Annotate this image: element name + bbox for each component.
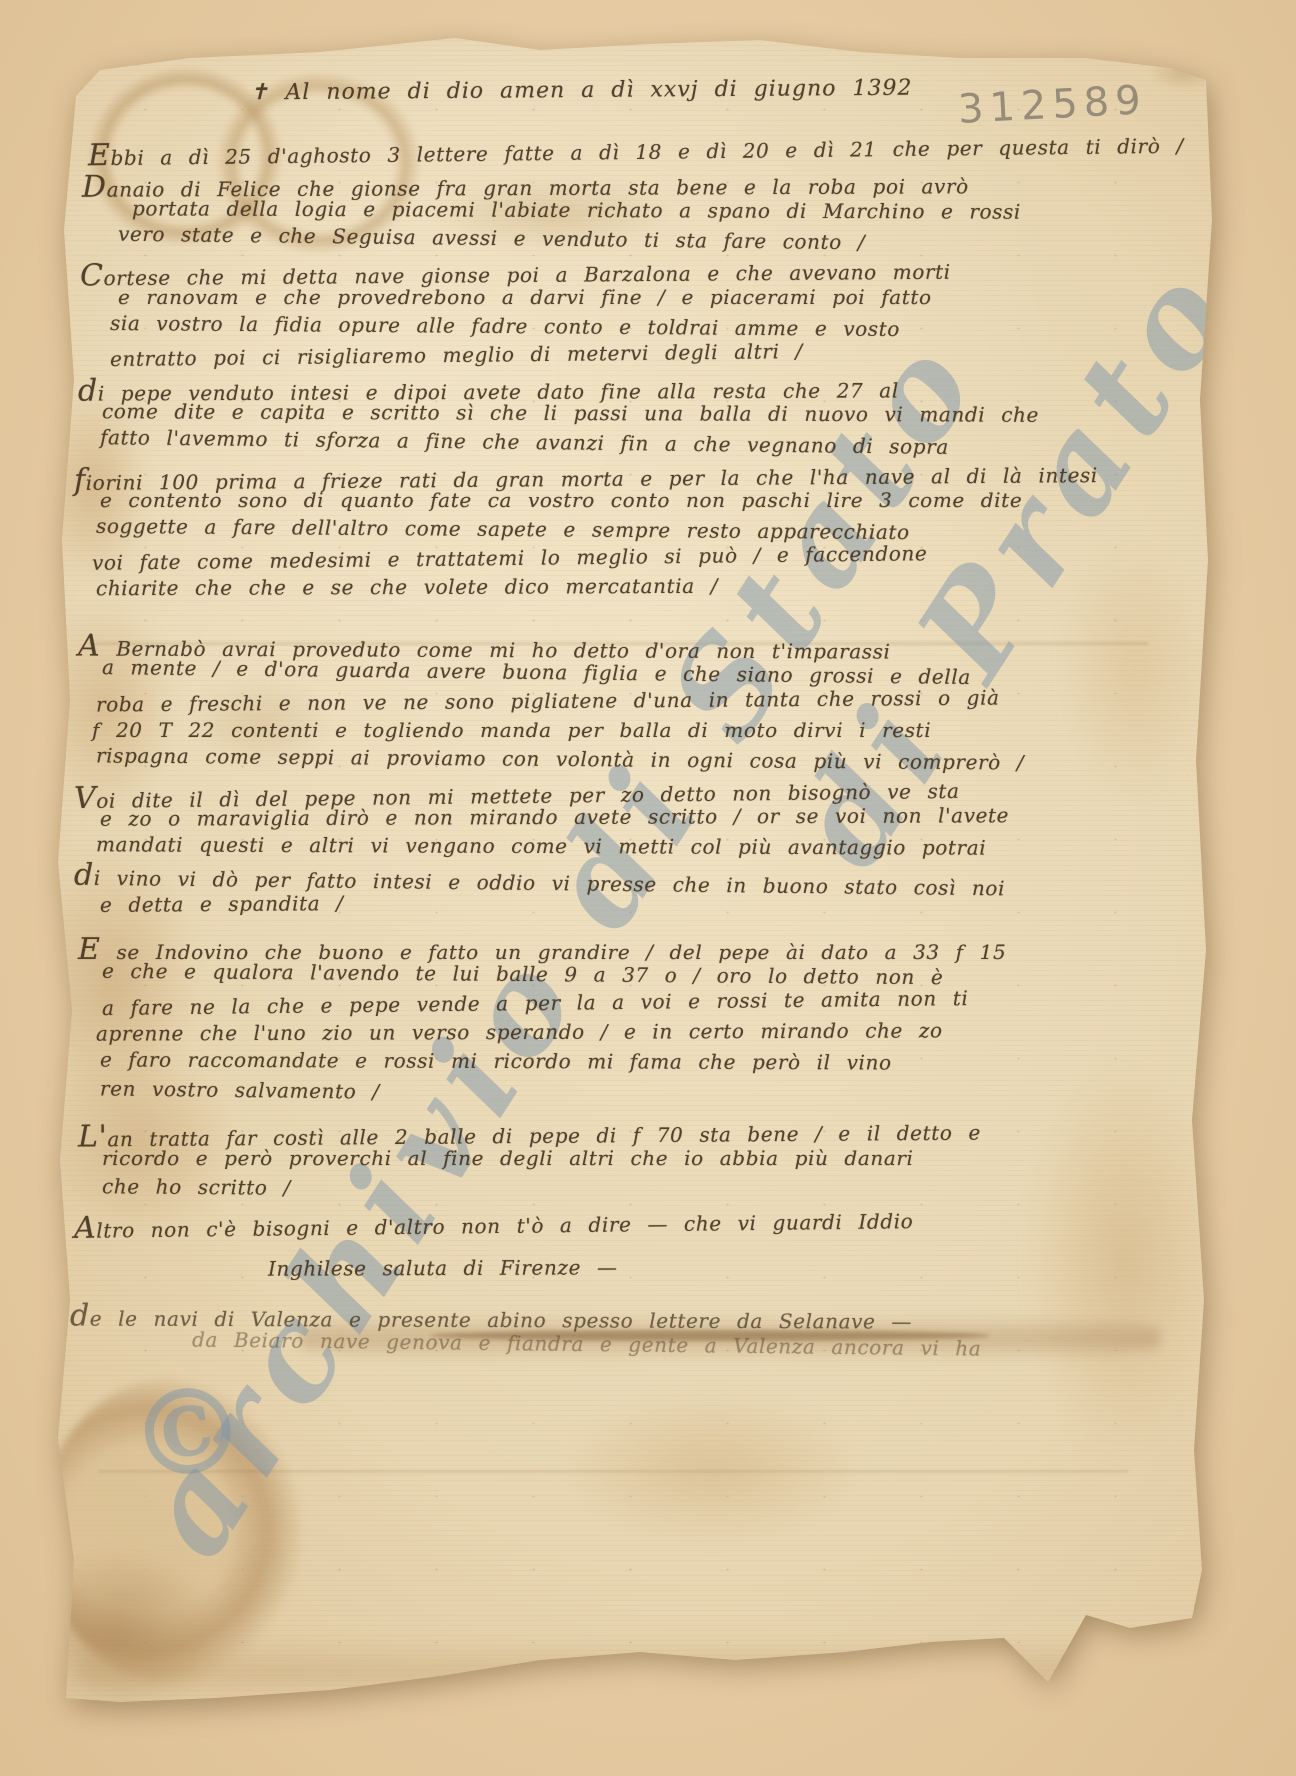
manuscript-line: entratto poi ci risigliaremo meglio di m… bbox=[110, 339, 803, 371]
manuscript-line: voi fate come medesimi e trattatemi lo m… bbox=[92, 541, 928, 575]
invocation-date-header: ✝ Al nome di dio amen a dì xxvj di giugn… bbox=[250, 76, 913, 106]
manuscript-line: portata della logia e piacemi l'abiate r… bbox=[132, 196, 1021, 223]
manuscript-line: fatto l'avemmo ti sforza a fine che avan… bbox=[100, 425, 949, 459]
manuscript-line: e che e qualora l'avendo te lui balle 9 … bbox=[102, 959, 943, 989]
manuscript-line: a fare ne la che e pepe vende a per la a… bbox=[102, 986, 969, 1020]
stain-below-postscript bbox=[560, 1392, 865, 1544]
corner-curl-shadow bbox=[1148, 56, 1220, 90]
stain-bottom-left-blotch bbox=[40, 1378, 305, 1683]
crease-fold-lower bbox=[98, 1470, 1128, 1473]
manuscript-paper: © archivio di Stato di Prato ✝ Al nome d… bbox=[0, 0, 1296, 1776]
stain-bottom-band bbox=[78, 1636, 1133, 1698]
stain-right-wash bbox=[1028, 1060, 1223, 1460]
manuscript-line: e ranovam e che provedrebono a darvi fin… bbox=[118, 285, 932, 309]
manuscript-line: ren vostro salvamento / bbox=[100, 1076, 380, 1103]
manuscript-line: e zo o maraviglia dirò e non mirando ave… bbox=[100, 803, 1009, 830]
manuscript-line: f 20 T 22 contenti e togliendo manda per… bbox=[92, 718, 931, 742]
manuscript-line: Ebbi a dì 25 d'aghosto 3 lettere fatte a… bbox=[88, 126, 1184, 174]
scanned-letter-scene: © archivio di Stato di Prato ✝ Al nome d… bbox=[0, 0, 1296, 1776]
manuscript-line: soggette a fare dell'altro come sapete e… bbox=[96, 514, 910, 544]
manuscript-line: Altro non c'è bisogni e d'altro non t'ò … bbox=[74, 1201, 914, 1246]
stain-right-mid-edge bbox=[1060, 540, 1210, 800]
archive-number-pencil: 312589 bbox=[957, 77, 1148, 133]
manuscript-line: e contento sono di quanto fate ca vostro… bbox=[100, 488, 1022, 512]
paper-shadow-wrap: © archivio di Stato di Prato ✝ Al nome d… bbox=[0, 0, 1296, 1776]
manuscript-line: vero state e che Seguisa avessi e vendut… bbox=[118, 222, 865, 255]
manuscript-line: sia vostro la fidia opure alle fadre con… bbox=[110, 311, 900, 341]
manuscript-line: mandati questi e altri vi vengano come v… bbox=[96, 832, 986, 859]
manuscript-line: rispagna come seppi ai proviamo con volo… bbox=[96, 743, 1024, 774]
manuscript-line: come dite e capita e scritto sì che li p… bbox=[102, 399, 1039, 427]
manuscript-line: ricordo e però proverchi al fine degli a… bbox=[102, 1146, 914, 1170]
manuscript-line: che ho scritto / bbox=[102, 1174, 291, 1199]
manuscript-line: roba e freschi e non ve ne sono pigliate… bbox=[96, 686, 1000, 717]
manuscript-line: aprenne che l'uno zio un verso sperando … bbox=[96, 1018, 943, 1045]
stain-bottom-left-dark bbox=[18, 1545, 223, 1715]
manuscript-line: Inghilese saluta di Firenze — bbox=[268, 1255, 618, 1280]
watermark-copyright-icon: © bbox=[118, 1351, 272, 1511]
manuscript-line: e detta e spandita / bbox=[100, 891, 344, 917]
manuscript-line: chiarite che che e se che volete dico me… bbox=[96, 574, 718, 600]
manuscript-line: e faro raccomandate e rossi mi ricordo m… bbox=[100, 1047, 892, 1074]
